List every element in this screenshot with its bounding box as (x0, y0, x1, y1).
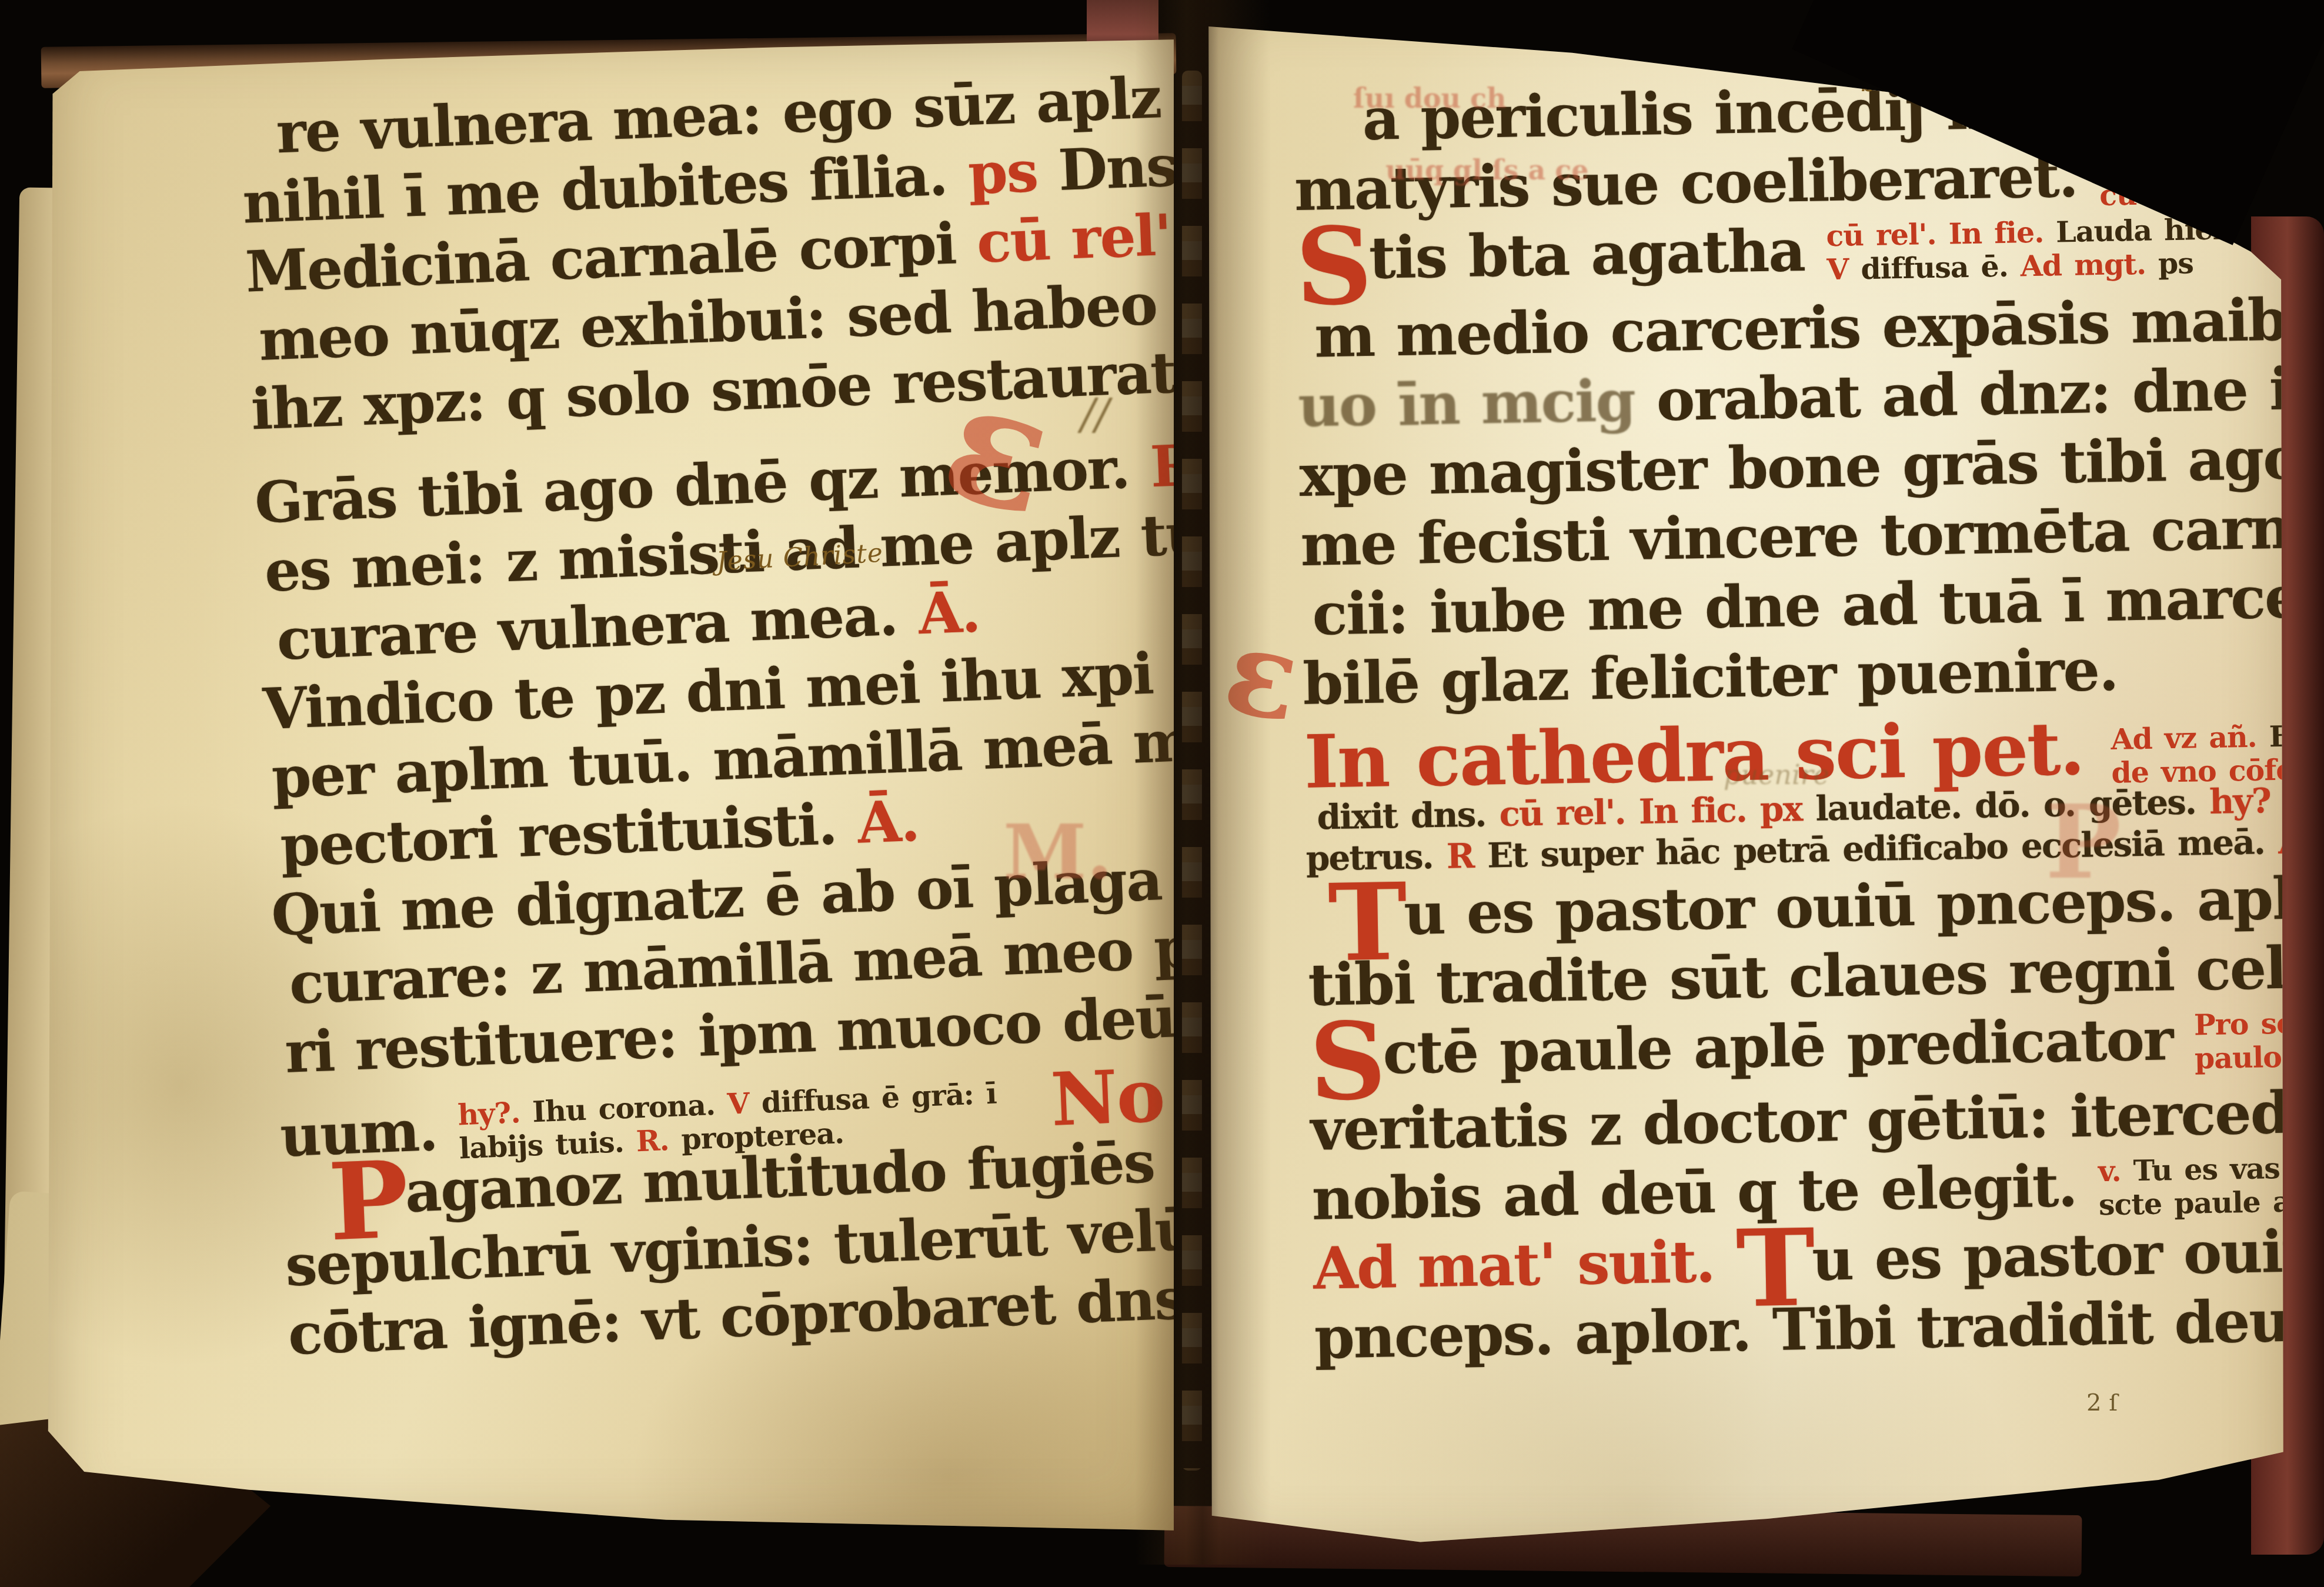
rubric-text: V (1827, 252, 1861, 286)
manuscript-photo: re vulnera mea: ego sūz aplz xpi:nihil ī… (0, 0, 2324, 1587)
text-segment: orabat ad dnz: dne ihu (1656, 354, 2324, 434)
rubric-text: ps (967, 137, 1060, 207)
rubric-text: Ā. (856, 788, 920, 856)
right-page: a periculis incēdij meritis agathematyri… (1203, 0, 2289, 1553)
rubric-text: R (1446, 835, 1488, 876)
rubric-text: Ad vz añ. (2111, 719, 2269, 756)
text-segment: matyris sue coeliberaret. (1294, 142, 2100, 224)
text-segment: bilē glaz feliciter puenire. (1303, 636, 2118, 718)
rubric-text: Ad mat' suit. (1313, 1228, 1737, 1303)
text-segment: nobis ad deū q te elegit. (1311, 1152, 2099, 1233)
rubric-text: Ad mgt. (2020, 246, 2158, 283)
rubric-text: cū rel'. In fie. (1826, 215, 2056, 253)
text-segment: dixit dns. (1317, 794, 1500, 837)
rubric-text: V (727, 1086, 762, 1121)
text-segment: labijs tuis. (459, 1125, 637, 1166)
rubric-text: hy?. (457, 1095, 533, 1132)
rubric-text: cū rel'. In fic. px (1499, 789, 1816, 834)
text-segment: dixit do? (2279, 172, 2324, 209)
rubric-text: R. (636, 1122, 682, 1158)
right-page-text: a periculis incēdij meritis agathematyri… (1293, 64, 2324, 1374)
text-segment: propterea. (680, 1116, 844, 1156)
left-page: re vulnera mea: ego sūz aplz xpi:nihil ī… (46, 31, 1174, 1536)
folio-number: 2 ſ (2086, 1389, 2118, 1416)
rubric-text: v. (2098, 1153, 2133, 1188)
book-gutter-shadow (1135, 0, 1270, 1565)
text-segment: u es pastor ouiuz (1811, 1217, 2324, 1294)
text-segment: uo īn mcig (1297, 366, 1657, 441)
text-segment: ps (2158, 246, 2193, 281)
text-segment: tis bta agatha (1368, 216, 1827, 292)
rubric-text: Ā. (917, 578, 981, 647)
text-segment: diffusa ē. (1861, 249, 2021, 286)
text-segment: ctē paule aplē predicator (1383, 1005, 2195, 1087)
